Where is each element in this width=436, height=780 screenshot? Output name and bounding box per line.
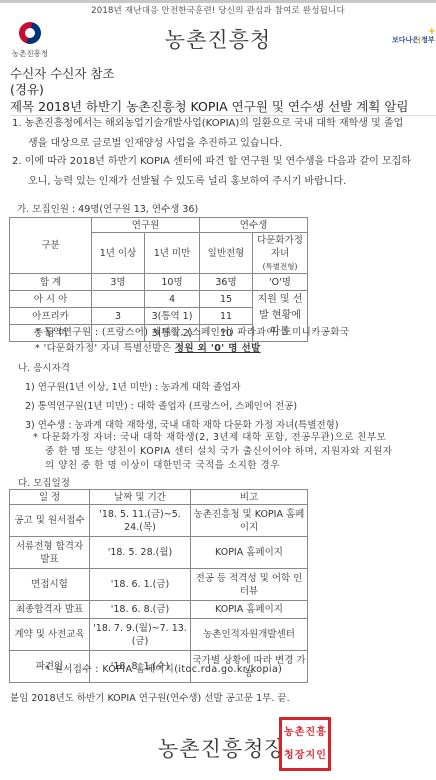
logo-text-part1: 보다나은 — [392, 36, 419, 44]
header-trainee: 연수생 — [200, 218, 308, 233]
cell-under1: 3(통역 1) — [145, 308, 200, 325]
seal-char: 청 — [284, 745, 294, 767]
cell-stage: 최종합격자 발표 — [10, 601, 90, 619]
paragraph-1-line-1: 1. 농촌진흥청에서는 해외농업기술개발사업(KOPIA)의 일환으로 국내 대… — [12, 114, 432, 134]
cell-over1: 3명 — [92, 274, 145, 291]
paragraph-1: 1. 농촌진흥청에서는 해외농업기술개발사업(KOPIA)의 일환으로 국내 대… — [12, 114, 432, 154]
seal-char: 촌 — [295, 722, 305, 744]
header-under-1-year: 1년 미만 — [145, 233, 200, 274]
header-multicultural: 다문화가정 자녀 (특별전형) — [253, 233, 308, 274]
header-stage: 일 정 — [10, 490, 90, 505]
seal-char: 인 — [316, 745, 326, 767]
paragraph-2: 2. 이에 따라 2018년 하반기 KOPIA 센터에 파견 할 연구원 및 … — [12, 152, 432, 192]
paragraph-1-line-2: 생을 대상으로 글로벌 인재양성 사업을 추진하고 있습니다. — [12, 134, 432, 154]
paragraph-2-line-2: 오니, 능력 있는 인재가 선발될 수 있도록 널리 홍보하여 주시기 바랍니다… — [12, 172, 432, 192]
table-row: 서류전형 합격자 발표 '18. 5. 28.(월) KOPIA 홈페이지 — [10, 537, 308, 569]
multicultural-note-text: * '다문화가정' 자녀 특별선발은 — [35, 343, 175, 354]
qualification-heading: 나. 응시자격 — [18, 360, 70, 374]
table-row: 면접시험 '18. 6. 1.(금) 전공 등 적격성 및 어학 인터뷰 — [10, 569, 308, 601]
header-category: 구분 — [10, 218, 92, 274]
cell-stage: 면접시험 — [10, 569, 90, 601]
seal-char: 농 — [284, 722, 294, 744]
multicultural-note-emphasis: 정원 외 '0' 명 선발 — [175, 343, 261, 354]
official-seal-stamp: 농 촌 진 흥 청 장 지 인 — [279, 717, 331, 771]
cell-over1 — [92, 291, 145, 308]
cell-multicultural: 'O'명 — [253, 274, 308, 291]
cell-under1: 10명 — [145, 274, 200, 291]
cell-over1: 3 — [92, 308, 145, 325]
cell-remark: KOPIA 홈페이지 — [191, 601, 308, 619]
table-row-total: 합 계 3명 10명 36명 'O'명 — [10, 274, 308, 291]
seal-char: 지 — [306, 745, 316, 767]
note-line-2: 중 한 명 또는 양친이 KOPIA 센터 설치 국가 출신이어야 하며, 지원… — [33, 445, 433, 459]
cell-general: 36명 — [200, 274, 253, 291]
cell-stage: 계약 및 사전교육 — [10, 619, 90, 651]
cell-remark: 농촌인적자원개발센터 — [191, 619, 308, 651]
seal-char: 장 — [295, 745, 305, 767]
cell-stage: 공고 및 원서접수 — [10, 505, 90, 537]
plus-sparkle-icon: + — [428, 27, 436, 37]
note-line-1: * 다문화가정 자녀: 국내 대학 재학생(2, 3년제 대학 포함, 전공무관… — [33, 431, 433, 445]
cell-remark: KOPIA 홈페이지 — [191, 537, 308, 569]
paragraph-2-line-1: 2. 이에 따라 2018년 하반기 KOPIA 센터에 파견 할 연구원 및 … — [12, 152, 432, 172]
schedule-heading: 다. 모집일정 — [18, 475, 70, 489]
cell-remark: 농촌진흥청 및 KOPIA 홈페이지 — [191, 505, 308, 537]
header-multicultural-l1: 다문화가정 — [254, 234, 306, 247]
schedule-table: 일 정 날짜 및 기간 비고 공고 및 원서접수 '18. 5. 11.(금)~… — [9, 489, 308, 683]
cell-date: '18. 5. 11.(금)~5. 24.(목) — [90, 505, 191, 537]
cell-stage: 서류전형 합격자 발표 — [10, 537, 90, 569]
header-over-1-year: 1년 이상 — [92, 233, 145, 274]
interpreter-note: * 통역연구원 : (프랑스어) 세네갈, (스페인어) 파라과이, 도미니카공… — [35, 324, 350, 338]
seal-char: 흥 — [316, 722, 326, 744]
logo-text-part2: 정부 — [419, 36, 436, 44]
cell-date: '18. 7. 9.(월)~7. 13.(금) — [90, 619, 191, 651]
logo-tagline: ··· — [394, 30, 397, 34]
top-border — [0, 0, 436, 3]
subject-line: 제목 2018년 하반기 농촌진흥청 KOPIA 연구원 및 연수생 선발 계획… — [10, 97, 409, 115]
agency-title: 농촌진흥청 — [0, 24, 436, 54]
note-line-3: 의 양친 중 한 명 이상이 대한민국 국적을 소지한 경우 — [33, 459, 433, 473]
cell-general: 11 — [200, 308, 253, 325]
qualification-item-2: 2) 통역연구원(1년 미만) : 대학 졸업자 (프랑스어, 스페인어 전공) — [25, 398, 297, 412]
cell-category: 합 계 — [10, 274, 92, 291]
multicultural-note: * '다문화가정' 자녀 특별선발은 정원 외 '0' 명 선발 — [35, 340, 261, 354]
header-multicultural-l2: 자녀 — [254, 247, 306, 260]
cell-date: '18. 6. 1.(금) — [90, 569, 191, 601]
cell-category: 아 시 아 — [10, 291, 92, 308]
multicultural-definition-note: * 다문화가정 자녀: 국내 대학 재학생(2, 3년제 대학 포함, 전공무관… — [33, 431, 433, 473]
cell-date: '18. 5. 28.(월) — [90, 537, 191, 569]
subject-label: 제목 — [10, 99, 34, 114]
recruitment-heading: 가. 모집인원 : 49명(연구원 13, 연수생 36) — [17, 201, 198, 215]
cell-date: '18. 6. 8.(금) — [90, 601, 191, 619]
table-row: 공고 및 원서접수 '18. 5. 11.(금)~5. 24.(목) 농촌진흥청… — [10, 505, 308, 537]
cell-category: 아프리카 — [10, 308, 92, 325]
qualification-item-3: 3) 연수생 : 농과계 대학 재학생, 국내 대학 재학 다문화 가정 자녀(… — [25, 417, 339, 431]
qualification-item-1: 1) 연구원(1년 이상, 1년 미만) : 농과계 대학 졸업자 — [25, 379, 241, 393]
header-general: 일반전형 — [200, 233, 253, 274]
attachment-line: 붙임 2018년도 하반기 KOPIA 연구원(연수생) 선발 공고문 1부. … — [10, 690, 290, 704]
header-multicultural-l3: (특별전형) — [254, 260, 306, 273]
table-row: 계약 및 사전교육 '18. 7. 9.(월)~7. 13.(금) 농촌인적자원… — [10, 619, 308, 651]
header-date: 날짜 및 기간 — [90, 490, 191, 505]
slogan-banner: 2018년 재난대응 안전한국훈련! 당신의 관심과 참여로 완성됩니다 — [0, 4, 436, 16]
signer-title: 농촌진흥청장 — [158, 733, 286, 763]
seal-char: 진 — [306, 722, 316, 744]
cell-under1: 4 — [145, 291, 200, 308]
header-remark: 비고 — [191, 490, 308, 505]
application-note: * 원서접수 : KOPIA 홈페이지(itoc.rda.go.kr/kopia… — [45, 661, 282, 675]
table-row: 최종합격자 발표 '18. 6. 8.(금) KOPIA 홈페이지 — [10, 601, 308, 619]
cell-general: 15 — [200, 291, 253, 308]
cell-remark: 전공 등 적격성 및 어학 인터뷰 — [191, 569, 308, 601]
table-row-asia: 아 시 아 4 15 지원 및 선발 현황에 따름 — [10, 291, 308, 308]
subject-text: 2018년 하반기 농촌진흥청 KOPIA 연구원 및 연수생 선발 계획 알림 — [38, 99, 408, 114]
better-government-logo: ··· 보다나은정부 + — [392, 27, 436, 51]
header-researcher: 연구원 — [92, 218, 200, 233]
via-line: (경유) — [10, 80, 44, 98]
